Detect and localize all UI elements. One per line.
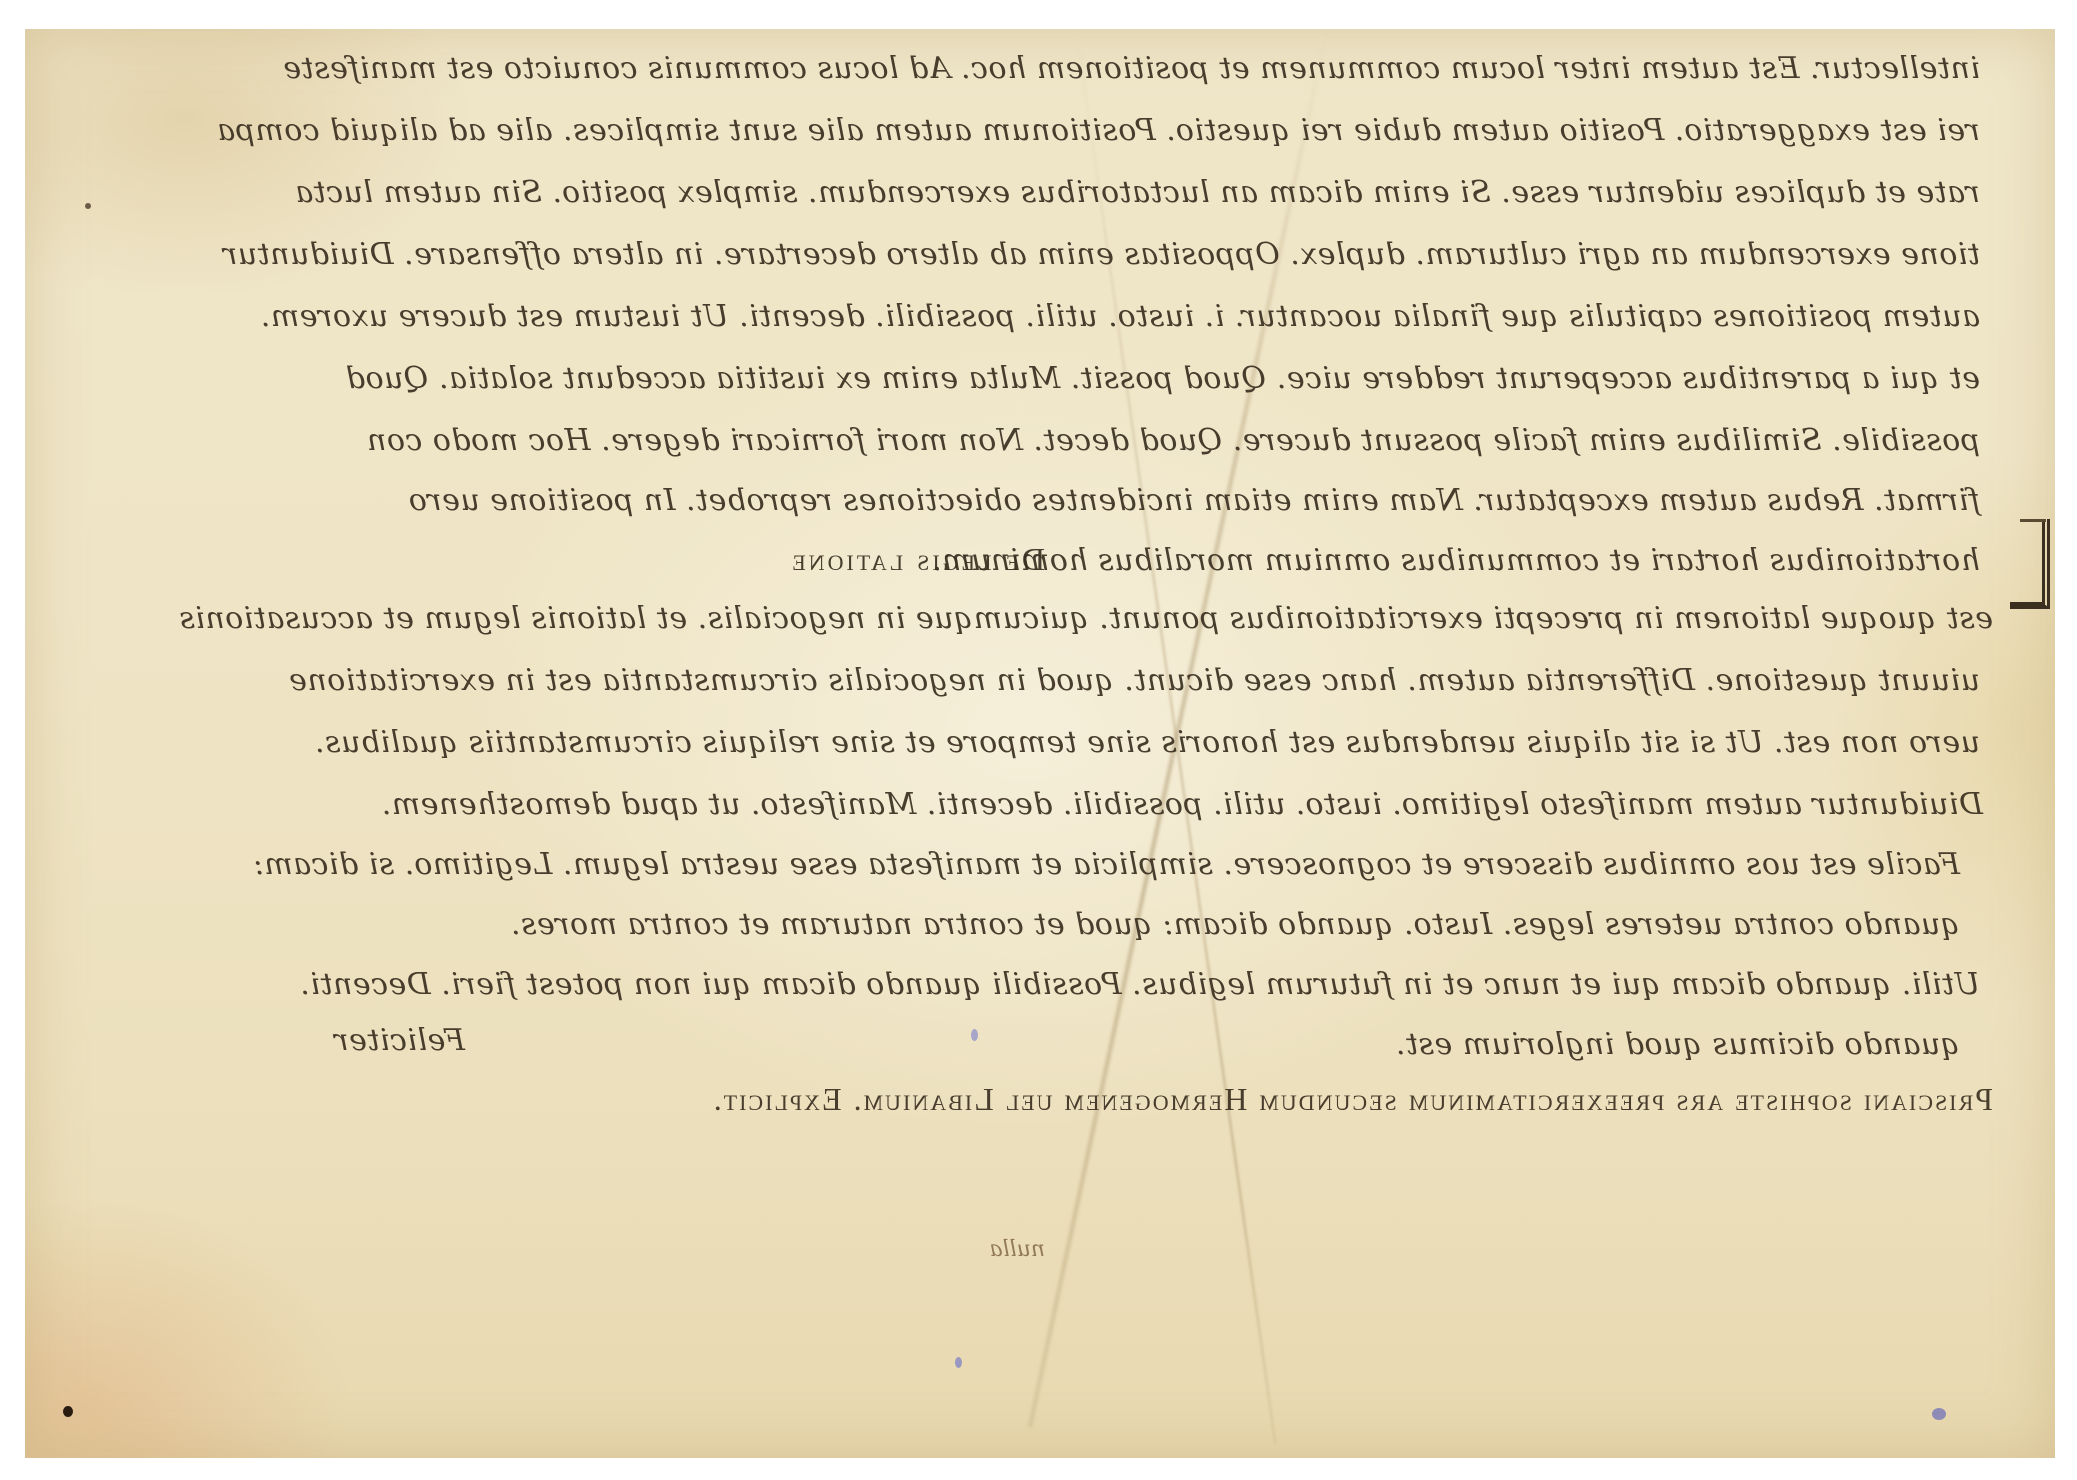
colophon: Prisciani sophiste ars preexercitaminum … <box>712 1081 1993 1118</box>
bottom-annotation: nulla <box>989 1237 1045 1262</box>
marginal-word: Feliciter <box>334 1023 465 1058</box>
section-heading: De legis latione <box>789 541 1045 578</box>
text-line: firmat. Rebus autem exceptatur. Nam enim… <box>408 483 1980 518</box>
text-line: Utili. quando dicam qui et nunc et in fu… <box>300 967 1980 1002</box>
decorated-initial-L <box>2010 519 2050 609</box>
text-line: possibile. Similibus enim facile possunt… <box>367 423 1980 458</box>
text-line: uiuunt questione. Differentia autem. han… <box>289 663 1980 698</box>
manuscript-page: intellectur. Est autem inter locum commu… <box>25 29 2055 1458</box>
text-line: hortationibus hortari et communibus omni… <box>932 543 1980 578</box>
text-line: quando contra ueteres leges. Iusto. quan… <box>511 907 1960 942</box>
text-line: autem positiones capitulis que finalia u… <box>260 299 1980 334</box>
text-line: est quoque lationem in precepti exercita… <box>179 601 1993 636</box>
text-line: Diuiduntur autem manifesto legitimo. ius… <box>381 787 1983 822</box>
text-line: uero non est. Ut si sit aliquis uendendu… <box>315 725 1980 760</box>
text-line: Facile est uos omnibus disscere et cogno… <box>253 847 1960 882</box>
text-line: rei est exaggeratio. Positio autem dubie… <box>217 113 1980 148</box>
text-line: et qui a parentibus acceperunt reddere u… <box>345 361 1980 396</box>
text-line: intellectur. Est autem inter locum commu… <box>283 51 1980 86</box>
mirrored-text-block: intellectur. Est autem inter locum commu… <box>25 29 2055 1458</box>
decorated-initial-serif <box>2020 519 2046 522</box>
text-line: tione exercendum an agri culturam. duple… <box>222 237 1980 272</box>
text-line: quando dicimus quod inglorium est. <box>1395 1027 1960 1062</box>
text-line: rate et duplices uidentur esse. Si enim … <box>295 175 1980 210</box>
